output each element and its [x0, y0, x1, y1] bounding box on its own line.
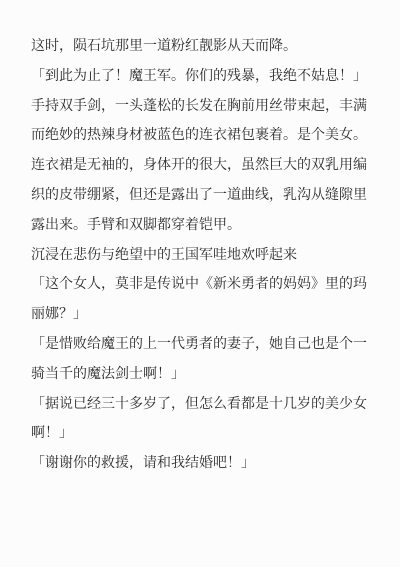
text-line: 骑当千的魔法剑士啊！」 — [31, 360, 371, 390]
text-line: 而绝妙的热辣身材被蓝色的连衣裙包裹着。是个美女。 — [31, 121, 371, 151]
text-line: 丽娜？」 — [31, 300, 371, 330]
text-line: 沉浸在悲伤与绝望中的王国军哇地欢呼起来 — [31, 241, 371, 271]
text-line: 「是惜败给魔王的上一代勇者的妻子，她自己也是个一 — [31, 330, 371, 360]
text-line: 「到此为止了！魔王军。你们的残暴，我绝不姑息！」 — [31, 62, 371, 92]
text-line: 织的皮带绷紧，但还是露出了一道曲线，乳沟从缝隙里 — [31, 181, 371, 211]
book-page: 这时，陨石坑那里一道粉红靓影从天而降。「到此为止了！魔王军。你们的残暴，我绝不姑… — [0, 0, 400, 567]
text-line: 露出来。手臂和双脚都穿着铠甲。 — [31, 211, 371, 241]
text-line: 「谢谢你的救援，请和我结婚吧！」 — [31, 449, 371, 479]
text-line: 这时，陨石坑那里一道粉红靓影从天而降。 — [31, 32, 371, 62]
text-line: 手持双手剑，一头蓬松的长发在胸前用丝带束起，丰满 — [31, 92, 371, 122]
text-line: 「据说已经三十多岁了，但怎么看都是十几岁的美少女 — [31, 390, 371, 420]
text-line: 「这个女人，莫非是传说中《新米勇者的妈妈》里的玛 — [31, 270, 371, 300]
text-line: 啊！」 — [31, 419, 371, 449]
novel-text-block: 这时，陨石坑那里一道粉红靓影从天而降。「到此为止了！魔王军。你们的残暴，我绝不姑… — [31, 32, 371, 479]
text-line: 连衣裙是无袖的，身体开的很大，虽然巨大的双乳用编 — [31, 151, 371, 181]
